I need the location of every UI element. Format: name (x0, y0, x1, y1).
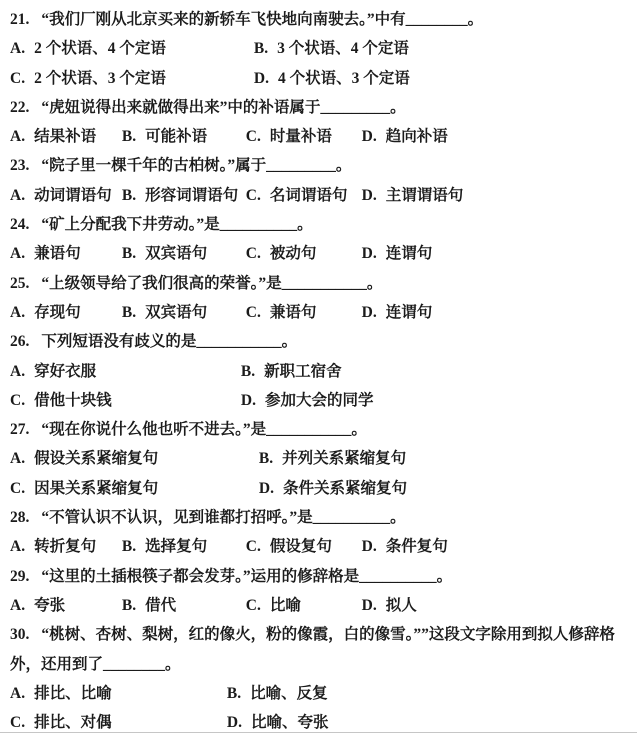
question-stem: 23.“院子里一棵千年的古柏树。”属于_________。 (10, 151, 631, 180)
question-number: 25. (10, 269, 29, 298)
option-label: C. (10, 386, 25, 415)
option-b: B.比喻、反复 (227, 679, 328, 708)
option-d: D.连谓句 (362, 239, 433, 268)
options-row: A.排比、比喻 B.比喻、反复 (10, 679, 631, 708)
option-label: D. (362, 181, 377, 210)
question-28: 28.“不管认识不认识，见到谁都打招呼。”是__________。 A.转折复句… (10, 503, 631, 562)
question-text: “现在你说什么他也听不进去。”是___________。 (41, 421, 367, 438)
option-c: C.排比、对偶 (10, 708, 223, 737)
option-label: C. (10, 64, 25, 93)
question-stem: 29.“这里的土插根筷子都会发芽。”运用的修辞格是__________。 (10, 562, 631, 591)
option-label: B. (122, 298, 136, 327)
option-text: 存现句 (34, 304, 81, 321)
option-d: D.主谓谓语句 (362, 181, 464, 210)
option-d: D.趋向补语 (362, 122, 448, 151)
option-a: A.兼语句 (10, 239, 118, 268)
question-30: 30.“桃树、杏树、梨树，红的像火，粉的像霞，白的像雪。””这段文字除用到拟人修… (10, 620, 631, 737)
option-b: B.双宾语句 (122, 239, 242, 268)
option-text: 参加大会的同学 (265, 392, 374, 409)
question-23: 23.“院子里一棵千年的古柏树。”属于_________。 A.动词谓语句 B.… (10, 151, 631, 210)
option-a: A.转折复句 (10, 532, 118, 561)
option-label: A. (10, 357, 25, 386)
option-label: D. (362, 122, 377, 151)
question-text: “院子里一棵千年的古柏树。”属于_________。 (41, 157, 351, 174)
option-label: D. (259, 474, 274, 503)
question-27: 27.“现在你说什么他也听不进去。”是___________。 A.假设关系紧缩… (10, 415, 631, 503)
option-text: 比喻、夸张 (251, 714, 329, 731)
option-b: B.可能补语 (122, 122, 242, 151)
option-text: 形容词谓语句 (145, 187, 238, 204)
option-label: C. (10, 708, 25, 737)
options-row: A.兼语句 B.双宾语句 C.被动句 D.连谓句 (10, 239, 631, 268)
option-text: 假设关系紧缩复句 (34, 450, 158, 467)
option-d: D.条件关系紧缩复句 (259, 474, 407, 503)
option-label: D. (254, 64, 269, 93)
option-a: A.假设关系紧缩复句 (10, 444, 255, 473)
option-c: C.比喻 (246, 591, 358, 620)
option-text: 并列关系紧缩复句 (282, 450, 406, 467)
options-row: C.排比、对偶 D.比喻、夸张 (10, 708, 631, 737)
option-c: C.被动句 (246, 239, 358, 268)
question-number: 29. (10, 562, 29, 591)
option-label: A. (10, 532, 25, 561)
option-label: B. (122, 532, 136, 561)
option-b: B.借代 (122, 591, 242, 620)
option-label: A. (10, 591, 25, 620)
option-label: B. (241, 357, 255, 386)
option-b: B.3 个状语、4 个定语 (254, 34, 409, 63)
option-text: 连谓句 (386, 245, 433, 262)
option-label: D. (227, 708, 242, 737)
option-c: C.时量补语 (246, 122, 358, 151)
option-text: 因果关系紧缩复句 (34, 480, 158, 497)
option-c: C.假设复句 (246, 532, 358, 561)
option-text: 2 个状语、4 个定语 (34, 40, 166, 57)
option-label: B. (227, 679, 241, 708)
option-label: A. (10, 122, 25, 151)
option-label: C. (246, 298, 261, 327)
option-b: B.形容词谓语句 (122, 181, 242, 210)
option-text: 借代 (145, 597, 176, 614)
option-label: C. (246, 591, 261, 620)
question-number: 30. (10, 620, 29, 649)
option-text: 拟人 (386, 597, 417, 614)
option-a: A.存现句 (10, 298, 118, 327)
option-a: A.动词谓语句 (10, 181, 118, 210)
option-c: C.因果关系紧缩复句 (10, 474, 255, 503)
option-label: B. (122, 239, 136, 268)
option-b: B.并列关系紧缩复句 (259, 444, 406, 473)
option-d: D.条件复句 (362, 532, 448, 561)
question-stem: 28.“不管认识不认识，见到谁都打招呼。”是__________。 (10, 503, 631, 532)
question-29: 29.“这里的土插根筷子都会发芽。”运用的修辞格是__________。 A.夸… (10, 562, 631, 621)
options-row: A.2 个状语、4 个定语 B.3 个状语、4 个定语 (10, 34, 631, 63)
option-b: B.选择复句 (122, 532, 242, 561)
option-label: D. (362, 298, 377, 327)
question-text: 下列短语没有歧义的是___________。 (41, 333, 297, 350)
option-text: 借他十块钱 (34, 392, 112, 409)
question-number: 23. (10, 151, 29, 180)
question-22: 22.“虎妞说得出来就做得出来”中的补语属于_________。 A.结果补语 … (10, 93, 631, 152)
option-a: A.排比、比喻 (10, 679, 223, 708)
options-row: C.2 个状语、3 个定语 D.4 个状语、3 个定语 (10, 64, 631, 93)
option-text: 2 个状语、3 个定语 (34, 70, 166, 87)
option-a: A.穿好衣服 (10, 357, 237, 386)
option-text: 转折复句 (34, 538, 96, 555)
options-row: A.动词谓语句 B.形容词谓语句 C.名词谓语句 D.主谓谓语句 (10, 181, 631, 210)
option-label: C. (10, 474, 25, 503)
question-stem: 21.“我们厂刚从北京买来的新轿车飞快地向南驶去。”中有________。 (10, 5, 631, 34)
option-label: D. (362, 239, 377, 268)
question-number: 22. (10, 93, 29, 122)
option-label: A. (10, 181, 25, 210)
option-b: B.新职工宿舍 (241, 357, 342, 386)
question-stem: 25.“上级领导给了我们很高的荣誉。”是___________。 (10, 269, 631, 298)
option-text: 被动句 (270, 245, 317, 262)
question-text: “上级领导给了我们很高的荣誉。”是___________。 (41, 275, 382, 292)
option-label: B. (254, 34, 268, 63)
option-d: D.4 个状语、3 个定语 (254, 64, 410, 93)
question-text: “我们厂刚从北京买来的新轿车飞快地向南驶去。”中有________。 (41, 11, 483, 28)
option-a: A.2 个状语、4 个定语 (10, 34, 250, 63)
option-label: A. (10, 298, 25, 327)
question-text: “不管认识不认识，见到谁都打招呼。”是__________。 (41, 509, 405, 526)
scan-edge-line (0, 732, 637, 733)
question-stem: 24.“矿上分配我下井劳动。”是__________。 (10, 210, 631, 239)
option-label: B. (122, 122, 136, 151)
question-number: 21. (10, 5, 29, 34)
question-stem: 22.“虎妞说得出来就做得出来”中的补语属于_________。 (10, 93, 631, 122)
option-label: C. (246, 239, 261, 268)
option-a: A.结果补语 (10, 122, 118, 151)
options-row: A.存现句 B.双宾语句 C.兼语句 D.连谓句 (10, 298, 631, 327)
question-24: 24.“矿上分配我下井劳动。”是__________。 A.兼语句 B.双宾语句… (10, 210, 631, 269)
question-21: 21.“我们厂刚从北京买来的新轿车飞快地向南驶去。”中有________。 A.… (10, 5, 631, 93)
option-text: 兼语句 (34, 245, 81, 262)
option-label: A. (10, 34, 25, 63)
option-text: 排比、对偶 (34, 714, 112, 731)
options-row: A.假设关系紧缩复句 B.并列关系紧缩复句 (10, 444, 631, 473)
options-row: A.穿好衣服 B.新职工宿舍 (10, 357, 631, 386)
question-text: “桃树、杏树、梨树，红的像火，粉的像霞，白的像雪。””这段文字除用到拟人修辞格外… (10, 626, 615, 672)
question-26: 26.下列短语没有歧义的是___________。 A.穿好衣服 B.新职工宿舍… (10, 327, 631, 415)
question-stem: 30.“桃树、杏树、梨树，红的像火，粉的像霞，白的像雪。””这段文字除用到拟人修… (10, 620, 631, 679)
exam-page: 21.“我们厂刚从北京买来的新轿车飞快地向南驶去。”中有________。 A.… (10, 5, 631, 737)
option-text: 4 个状语、3 个定语 (278, 70, 410, 87)
option-text: 排比、比喻 (34, 685, 112, 702)
question-text: “矿上分配我下井劳动。”是__________。 (41, 216, 312, 233)
option-c: C.兼语句 (246, 298, 358, 327)
option-text: 比喻 (270, 597, 301, 614)
option-text: 趋向补语 (386, 128, 448, 145)
option-text: 时量补语 (270, 128, 332, 145)
option-b: B.双宾语句 (122, 298, 242, 327)
option-d: D.参加大会的同学 (241, 386, 374, 415)
option-text: 条件复句 (386, 538, 448, 555)
option-text: 选择复句 (145, 538, 207, 555)
question-stem: 26.下列短语没有歧义的是___________。 (10, 327, 631, 356)
option-label: B. (259, 444, 273, 473)
option-text: 夸张 (34, 597, 65, 614)
option-text: 条件关系紧缩复句 (283, 480, 407, 497)
option-a: A.夸张 (10, 591, 118, 620)
option-c: C.借他十块钱 (10, 386, 237, 415)
option-text: 穿好衣服 (34, 363, 96, 380)
options-row: A.夸张 B.借代 C.比喻 D.拟人 (10, 591, 631, 620)
options-row: A.结果补语 B.可能补语 C.时量补语 D.趋向补语 (10, 122, 631, 151)
option-label: C. (246, 532, 261, 561)
option-text: 3 个状语、4 个定语 (277, 40, 409, 57)
question-number: 28. (10, 503, 29, 532)
question-stem: 27.“现在你说什么他也听不进去。”是___________。 (10, 415, 631, 444)
option-text: 结果补语 (34, 128, 96, 145)
option-text: 比喻、反复 (250, 685, 328, 702)
option-text: 主谓谓语句 (386, 187, 464, 204)
option-label: A. (10, 444, 25, 473)
option-text: 双宾语句 (145, 304, 207, 321)
option-label: A. (10, 239, 25, 268)
option-d: D.拟人 (362, 591, 417, 620)
question-text: “虎妞说得出来就做得出来”中的补语属于_________。 (41, 99, 405, 116)
option-label: D. (241, 386, 256, 415)
option-text: 兼语句 (270, 304, 317, 321)
question-number: 26. (10, 327, 29, 356)
options-row: C.借他十块钱 D.参加大会的同学 (10, 386, 631, 415)
question-number: 24. (10, 210, 29, 239)
question-25: 25.“上级领导给了我们很高的荣誉。”是___________。 A.存现句 B… (10, 269, 631, 328)
option-label: A. (10, 679, 25, 708)
option-c: C.名词谓语句 (246, 181, 358, 210)
option-text: 连谓句 (386, 304, 433, 321)
option-d: D.比喻、夸张 (227, 708, 329, 737)
option-label: B. (122, 591, 136, 620)
option-text: 双宾语句 (145, 245, 207, 262)
option-label: C. (246, 122, 261, 151)
option-label: D. (362, 532, 377, 561)
options-row: C.因果关系紧缩复句 D.条件关系紧缩复句 (10, 474, 631, 503)
options-row: A.转折复句 B.选择复句 C.假设复句 D.条件复句 (10, 532, 631, 561)
option-label: D. (362, 591, 377, 620)
option-text: 名词谓语句 (270, 187, 348, 204)
option-text: 假设复句 (270, 538, 332, 555)
option-c: C.2 个状语、3 个定语 (10, 64, 250, 93)
option-d: D.连谓句 (362, 298, 433, 327)
option-text: 可能补语 (145, 128, 207, 145)
question-text: “这里的土插根筷子都会发芽。”运用的修辞格是__________。 (41, 568, 452, 585)
option-label: C. (246, 181, 261, 210)
option-label: B. (122, 181, 136, 210)
question-number: 27. (10, 415, 29, 444)
option-text: 动词谓语句 (34, 187, 112, 204)
option-text: 新职工宿舍 (264, 363, 342, 380)
